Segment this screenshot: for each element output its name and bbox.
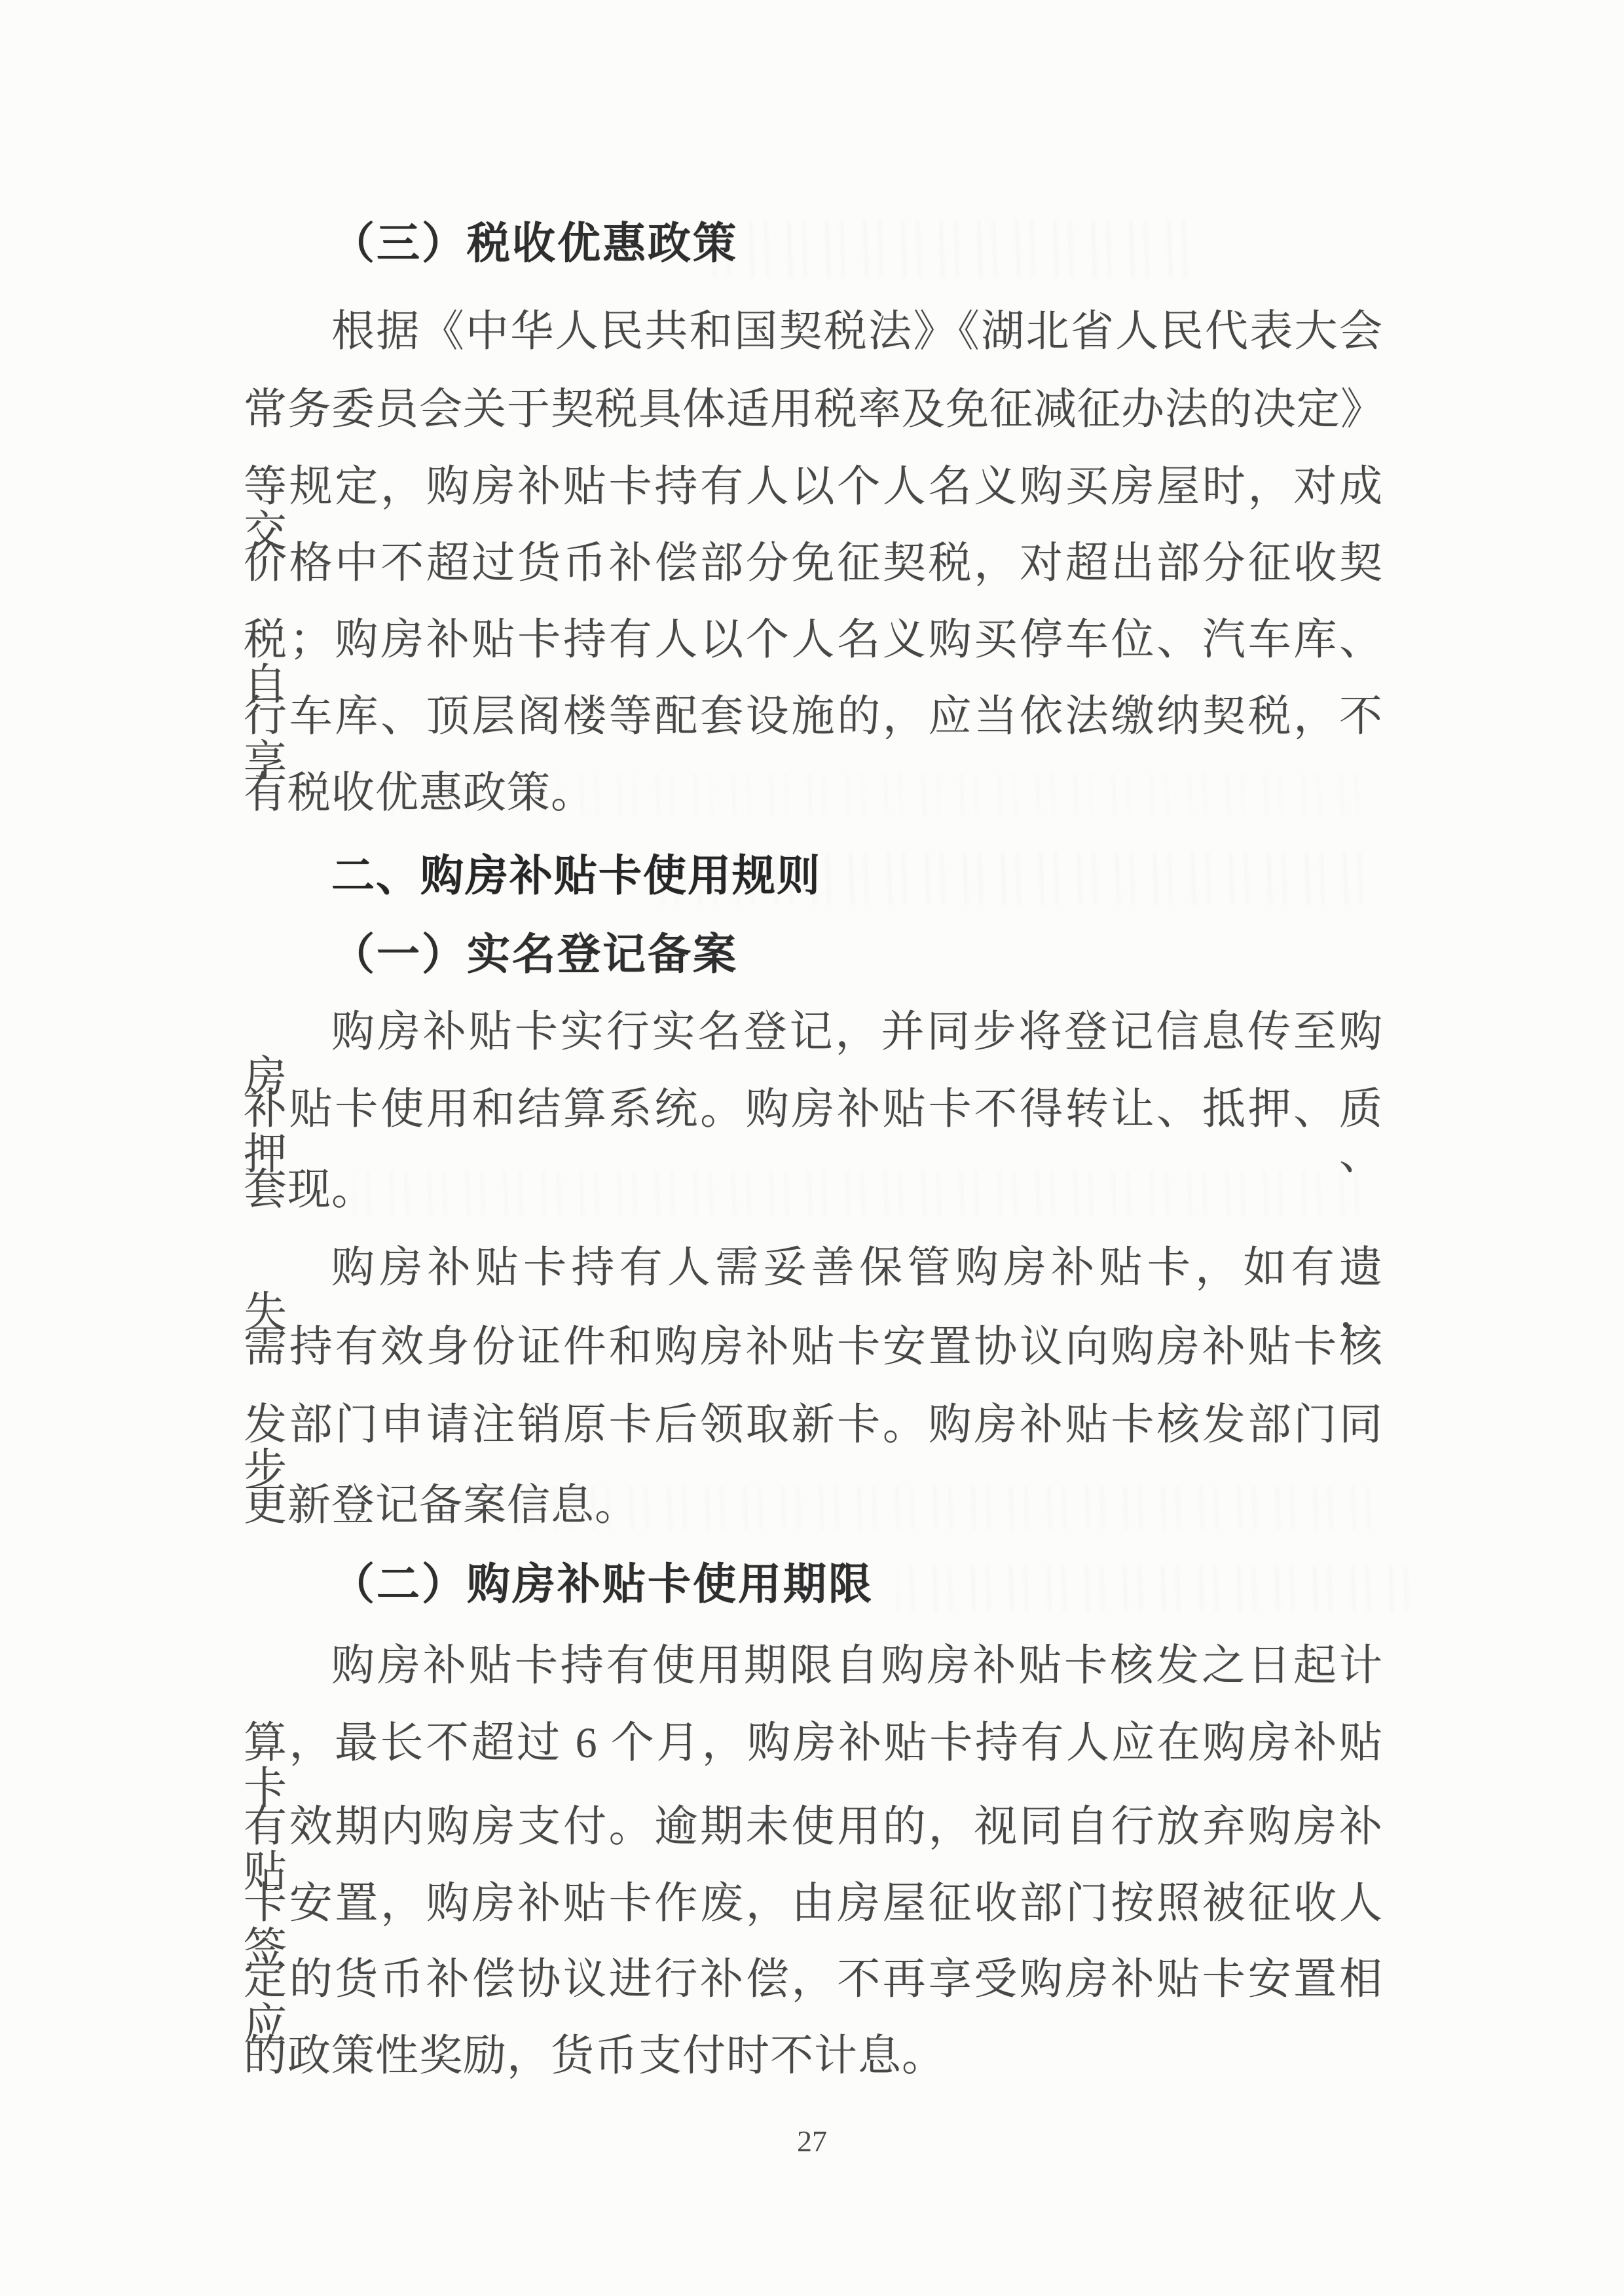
text-line: 常务委员会关于契税具体适用税率及免征减征办法的决定》 [244,387,1383,432]
text-line: 购房补贴卡持有人需妥善保管购房补贴卡，如有遗失， [244,1245,1383,1336]
text-line: 价格中不超过货币补偿部分免征契税，对超出部分征收契 [244,541,1383,586]
page-number: 27 [0,2124,1624,2159]
text-line: 根据《中华人民共和国契税法》《湖北省人民代表大会 [244,309,1383,354]
section-heading-real-name-registration: （一）实名登记备案 [244,932,1383,977]
text-line: 需持有效身份证件和购房补贴卡安置协议向购房补贴卡核 [244,1324,1383,1370]
section-heading-tax-incentive-policy: （三）税收优惠政策 [244,221,1383,266]
text-line: 购房补贴卡持有使用期限自购房补贴卡核发之日起计 [244,1643,1383,1688]
text-line: 的政策性奖励，货币支付时不计息。 [244,2033,1383,2079]
chapter-heading-usage-rules: 二、购房补贴卡使用规则 [244,853,1383,898]
text-line: 更新登记备案信息。 [244,1483,1383,1528]
text-line: 有税收优惠政策。 [244,771,1383,816]
text-line: 套现。 [244,1167,1383,1212]
scanned-document-page: （三）税收优惠政策 根据《中华人民共和国契税法》《湖北省人民代表大会 常务委员会… [0,0,1624,2296]
section-heading-usage-period: （二）购房补贴卡使用期限 [244,1562,1383,1607]
text-line: 发部门申请注销原卡后领取新卡。购房补贴卡核发部门同步 [244,1402,1383,1493]
text-line: 补贴卡使用和结算系统。购房补贴卡不得转让、抵押、质押、 [244,1087,1383,1178]
text-line: 算，最长不超过 6 个月，购房补贴卡持有人应在购房补贴卡 [244,1721,1383,1812]
